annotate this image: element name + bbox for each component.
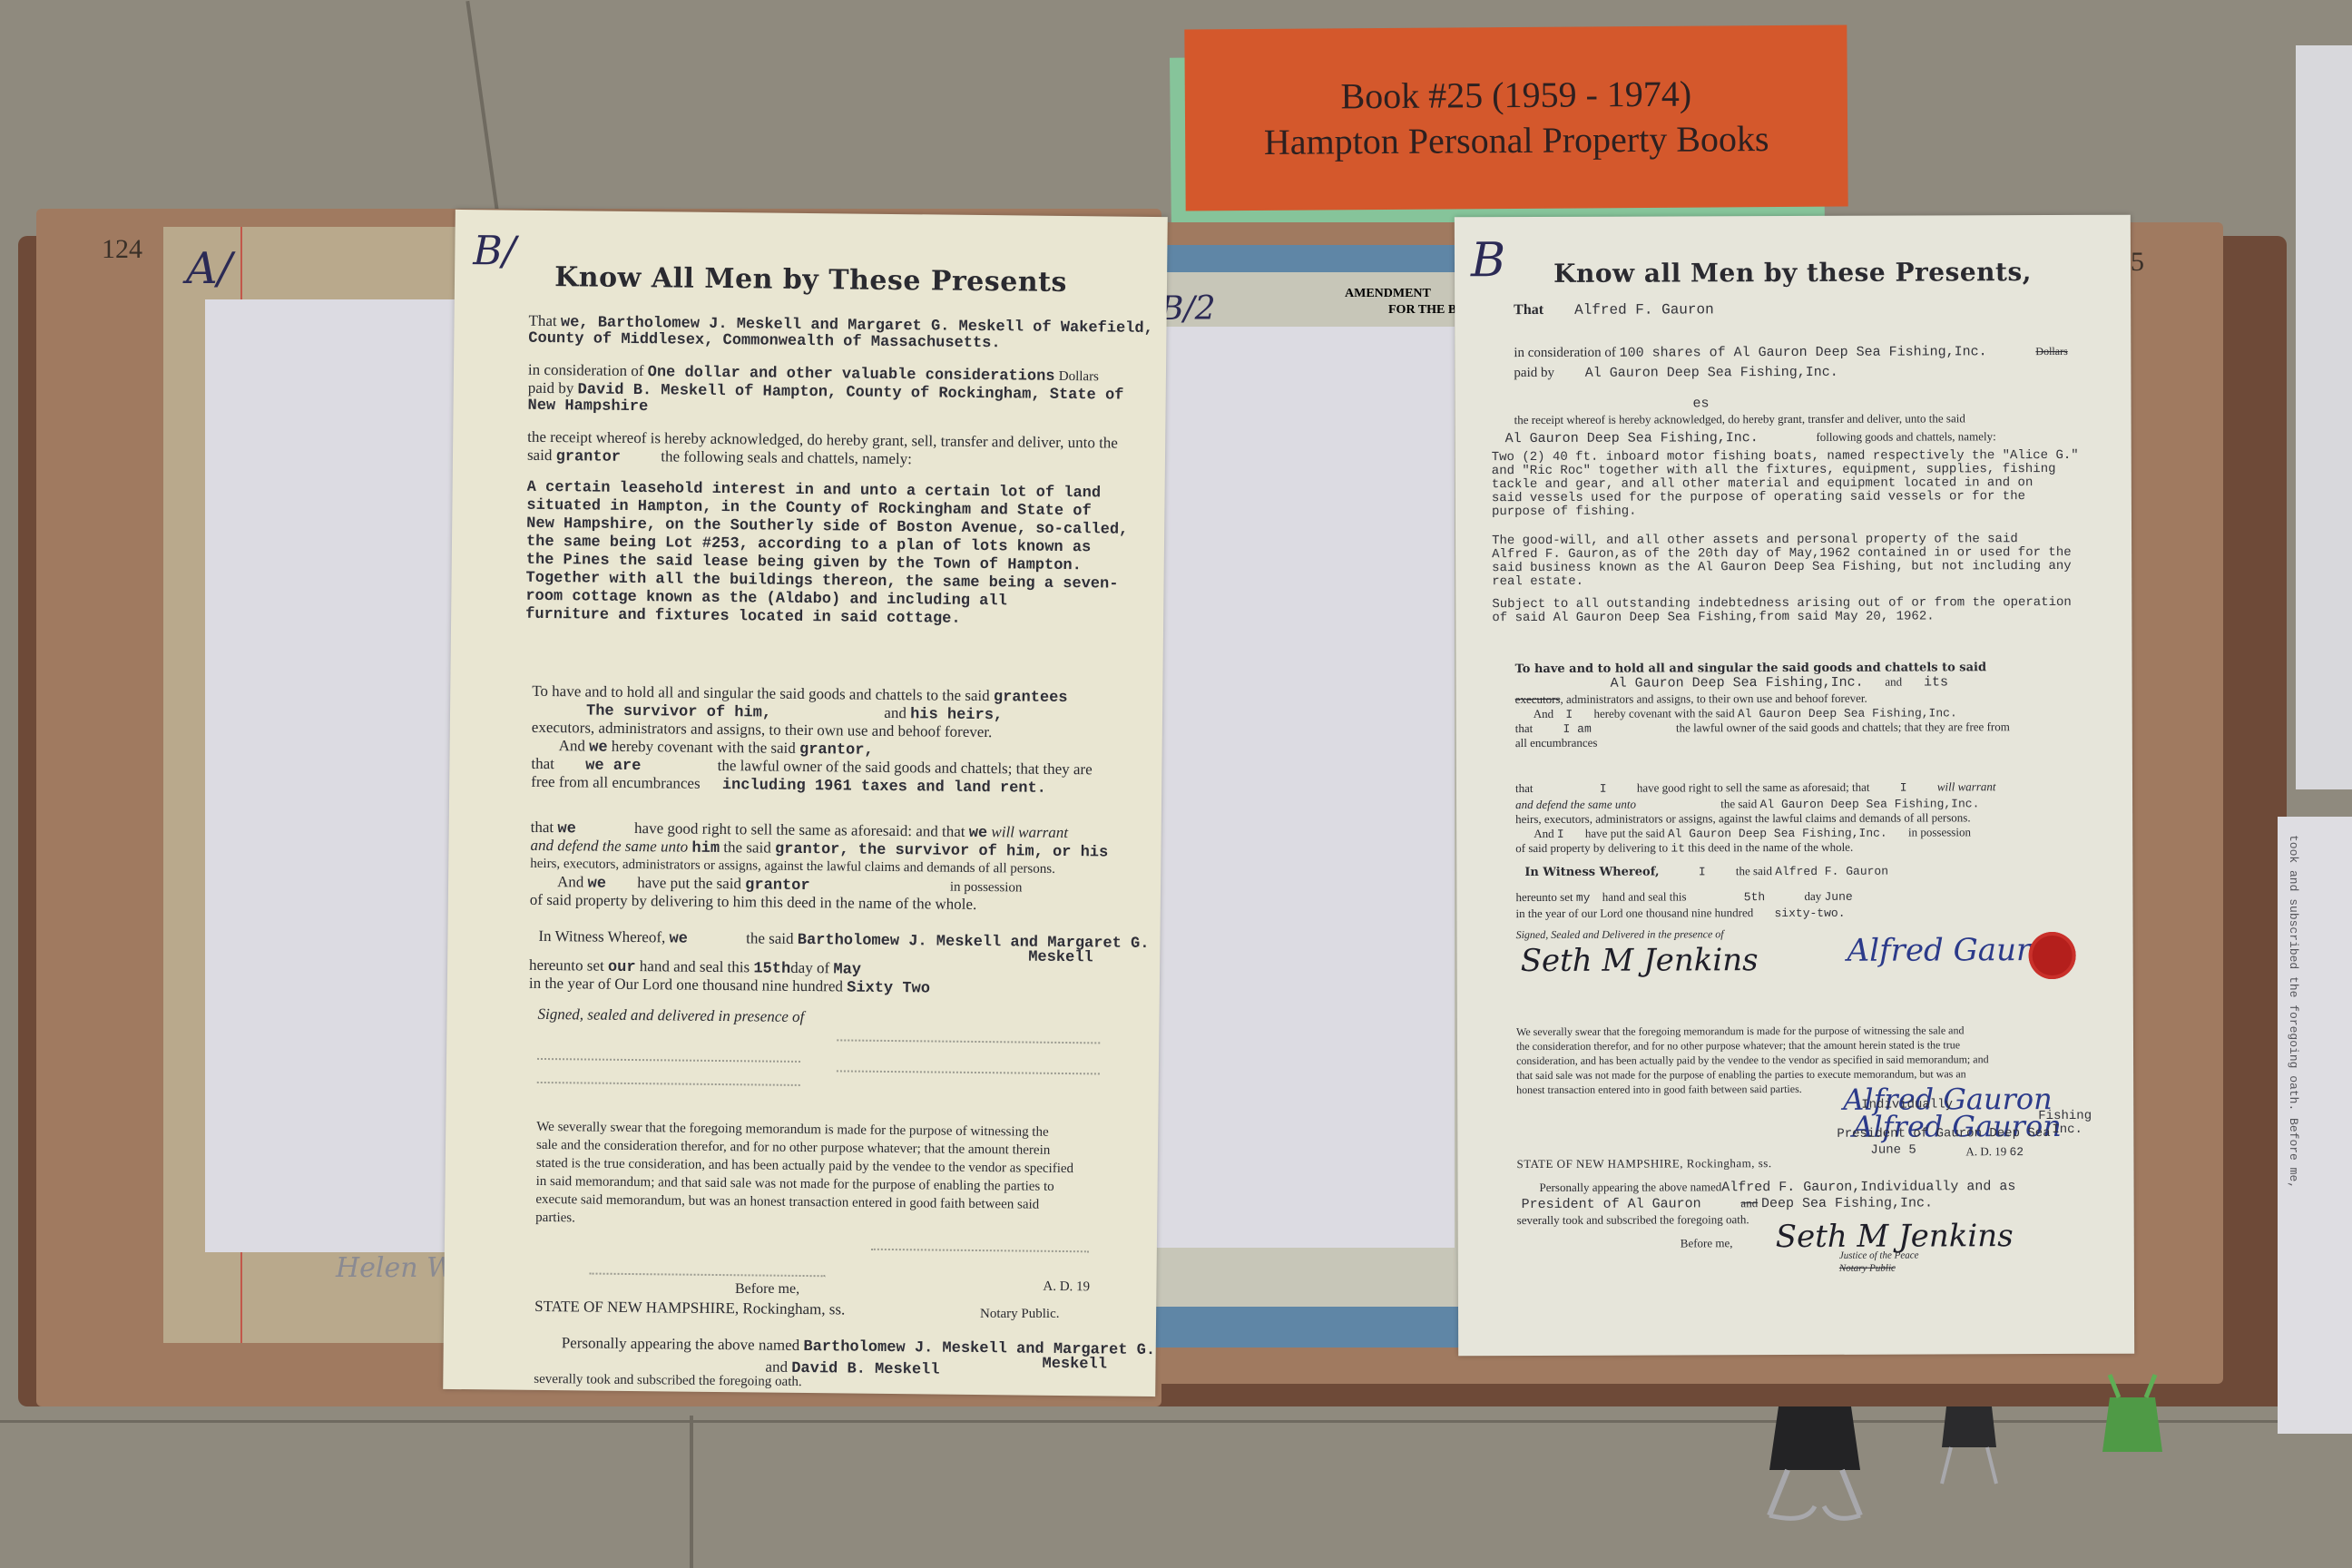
red-wax-seal	[2029, 932, 2076, 979]
blank-insert-sheet-left	[205, 299, 468, 1252]
right-deed-appearing: Personally appearing the above namedAlfr…	[1540, 1179, 2016, 1196]
right-deed-warranty: that I have good right to sell the same …	[1515, 779, 1996, 796]
text-line: said business known as the Al Gauron Dee…	[1492, 560, 2072, 575]
right-deed-habendum: To have and to hold all and singular the…	[1515, 660, 1987, 676]
right-deed-witness: hereunto set my hand and seal this 5th d…	[1515, 889, 1852, 905]
right-deed-corner-mark: B	[1471, 233, 1505, 288]
book-label-line2: Hampton Personal Property Books	[1264, 116, 1769, 165]
right-deed-subject: Subject to all outstanding indebtedness …	[1492, 596, 2072, 625]
left-deed-line: New Hampshire	[527, 397, 648, 416]
left-deed-description: A certain leasehold interest in and unto…	[525, 479, 1129, 631]
book-label-line1: Book #25 (1959 - 1974)	[1340, 72, 1691, 120]
left-deed-appearing: Meskell	[1042, 1356, 1107, 1374]
right-deed-description: Two (2) 40 ft. inboard motor fishing boa…	[1492, 449, 2079, 519]
right-deed-habendum: executors, administrators and assigns, t…	[1515, 691, 1867, 707]
right-deed-habendum: Al Gauron Deep Sea Fishing,Inc. and its	[1611, 674, 1948, 691]
text-line: consideration, and has been actually pai…	[1516, 1052, 1989, 1068]
right-deed-ad: A. D. 19 62	[1965, 1144, 2024, 1159]
left-deed-ad: A. D. 19	[1043, 1279, 1090, 1296]
left-deed-witness: in the year of Our Lord one thousand nin…	[529, 975, 930, 998]
right-deed-warranty: heirs, executors, administrators or assi…	[1515, 810, 1971, 827]
signature-line	[537, 1082, 800, 1086]
right-deed-habendum: that I am the lawful owner of the said g…	[1515, 720, 2010, 736]
right-deed-consideration: in consideration of 100 shares of Al Gau…	[1514, 344, 2067, 361]
text-line: of said Al Gauron Deep Sea Fishing,from …	[1492, 610, 2072, 625]
left-deed-document: B/ Know All Men by These Presents That w…	[443, 210, 1168, 1396]
typed-fishing: Fishing	[2038, 1109, 2092, 1123]
right-deed-date: June 5	[1870, 1143, 1916, 1158]
side-paper-sheet: took and subscribed the foregoing oath. …	[2278, 817, 2352, 1434]
left-deed-title: Know All Men by These Presents	[455, 260, 1167, 299]
right-deed-warranty: And I have put the said Al Gauron Deep S…	[1534, 825, 1971, 841]
right-deed-signed-sealed: Signed, Sealed and Delivered in the pres…	[1516, 927, 1724, 942]
side-sheet-text: took and subscribed the foregoing oath. …	[2287, 835, 2300, 1189]
right-deed-insertion: es	[1693, 396, 1710, 411]
right-deed-state: STATE OF NEW HAMPSHIRE, Rockingham, ss.	[1516, 1156, 1771, 1171]
signature-line	[837, 1070, 1100, 1074]
notary-struck: Notary Public	[1839, 1263, 1896, 1274]
signature-line	[537, 1058, 800, 1063]
left-deed-before-me: Before me,	[735, 1281, 799, 1298]
text-line: We severally swear that the foregoing me…	[1516, 1023, 1989, 1039]
binder-clip-icon	[2092, 1370, 2173, 1470]
signature-line	[590, 1273, 826, 1278]
left-deed-signed-sealed: Signed, sealed and delivered in presence…	[537, 1005, 804, 1026]
left-deed-state: STATE OF NEW HAMPSHIRE, Rockingham, ss.	[534, 1298, 845, 1319]
right-deed-before-me: Before me,	[1681, 1236, 1733, 1250]
ledger-mark-a: A/	[186, 243, 232, 294]
right-deed-habendum: And I hereby covenant with the said Al G…	[1534, 705, 1957, 721]
ledger-amendment-subheading: FOR THE B	[1388, 303, 1456, 318]
justice-of-the-peace: Justice of the Peace	[1839, 1250, 1919, 1261]
typed-president: President of Gauron Deep Sea	[1837, 1126, 2050, 1142]
table-seam	[690, 1416, 693, 1568]
right-deed-document: B Know all Men by these Presents, That A…	[1455, 215, 2134, 1357]
left-deed-line: said grantor the following seals and cha…	[527, 446, 912, 469]
text-line: purpose of fishing.	[1492, 504, 2079, 519]
witness-signature: Seth M Jenkins	[1521, 942, 1759, 979]
left-deed-notary: Notary Public.	[980, 1307, 1060, 1322]
right-deed-paid-by: paid by Al Gauron Deep Sea Fishing,Inc.	[1514, 365, 1837, 381]
binder-clip-icon	[1751, 1397, 1887, 1524]
left-deed-warranty: of said property by delivering to him th…	[530, 891, 977, 914]
right-deed-warranty: and defend the same unto the said Al Gau…	[1515, 796, 1979, 812]
right-deed-oath-taken: severally took and subscribed the forego…	[1517, 1212, 1749, 1228]
table-seam	[465, 1, 499, 217]
right-deed-appearing: President of Al Gauron and Deep Sea Fish…	[1522, 1195, 1933, 1212]
ledger-amendment-heading: AMENDMENT	[1345, 287, 1431, 301]
right-deed-habendum: all encumbrances	[1515, 736, 1598, 750]
right-deed-witness: In Witness Whereof, I the said Alfred F.…	[1524, 864, 1888, 879]
ledger-page-number-left: 124	[102, 234, 142, 265]
right-deed-grantee: Al Gauron Deep Sea Fishing,Inc. followin…	[1505, 429, 1996, 446]
right-deed-receipt: the receipt whereof is hereby acknowledg…	[1514, 411, 1965, 427]
right-deed-witness: in the year of our Lord one thousand nin…	[1515, 906, 1845, 921]
text-line: real estate.	[1492, 573, 2072, 589]
left-deed-oath: We severally swear that the foregoing me…	[535, 1118, 1074, 1232]
binder-clip-icon	[1933, 1402, 2005, 1493]
right-deed-warranty: of said property by delivering to it thi…	[1515, 840, 1853, 856]
typed-inc: Inc.	[2052, 1122, 2082, 1137]
left-deed-witness: Meskell	[1028, 949, 1093, 967]
left-deed-corner-mark: B/	[473, 228, 516, 274]
side-paper-sheet	[2296, 45, 2352, 789]
blank-insert-sheet-middle	[1151, 327, 1455, 1248]
left-deed-oath-taken: severally took and subscribed the forego…	[534, 1372, 802, 1390]
text-line: said vessels used for the purpose of ope…	[1492, 490, 2079, 505]
right-deed-title: Know all Men by these Presents,	[1455, 257, 2131, 289]
text-line: that said sale was not made for the purp…	[1516, 1066, 1989, 1083]
right-deed-goodwill: The good-will, and all other assets and …	[1492, 533, 2072, 589]
right-deed-grantor-line: That Alfred F. Gauron	[1514, 301, 1714, 318]
signature-line	[871, 1249, 1089, 1253]
text-line: the consideration therefor, and for no o…	[1516, 1037, 1989, 1053]
signature-line	[837, 1039, 1100, 1044]
book-label-tab: Book #25 (1959 - 1974) Hampton Personal …	[1184, 24, 1847, 211]
left-deed-line: County of Middlesex, Commonwealth of Mas…	[528, 330, 1000, 352]
ledger-mark-b2: B/2	[1160, 290, 1216, 328]
